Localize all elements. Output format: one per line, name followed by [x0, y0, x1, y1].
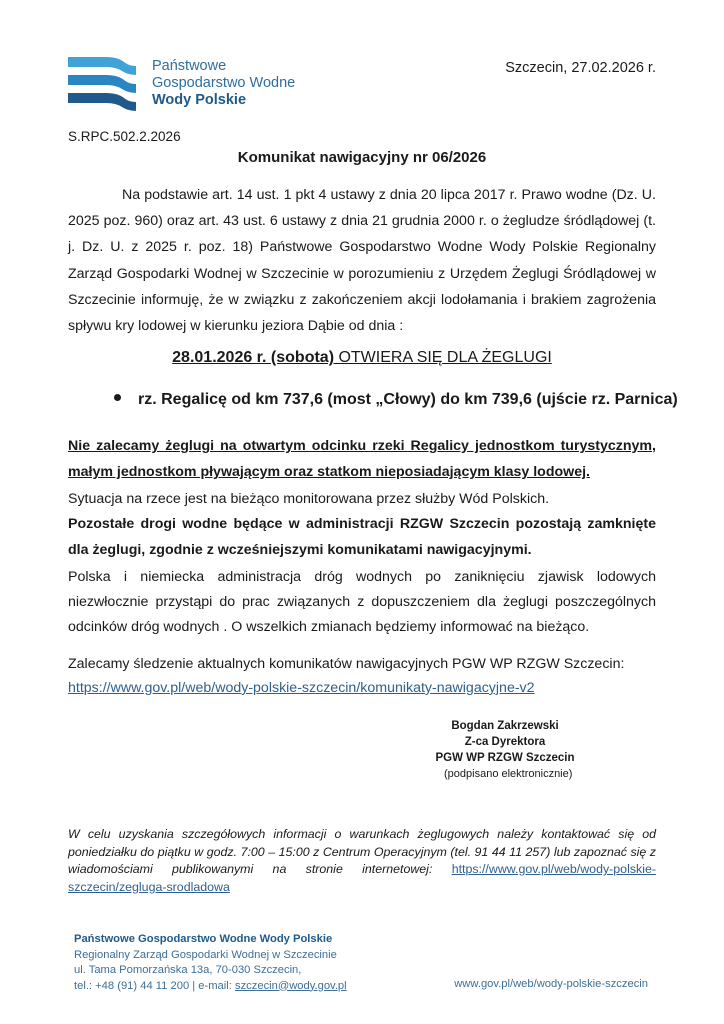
administration-notice: Polska i niemiecka administracja dróg wo… — [68, 565, 656, 640]
logo-text: Państwowe Gospodarstwo Wodne Wody Polski… — [152, 58, 295, 109]
electronic-signature-note: (podpisano elektronicznie) — [420, 766, 590, 782]
reference-number: S.RPC.502.2.2026 — [68, 129, 181, 144]
monitoring-note: Sytuacja na rzece jest na bieżąco monito… — [68, 487, 656, 511]
footer-address: Państwowe Gospodarstwo Wodne Wody Polski… — [74, 932, 347, 994]
document-title: Komunikat nawigacyjny nr 06/2026 — [0, 149, 724, 166]
wody-polskie-waves-icon — [66, 53, 138, 113]
footer-organization: Państwowe Gospodarstwo Wodne Wody Polski… — [74, 932, 347, 948]
contact-information-note: W celu uzyskania szczegółowych informacj… — [68, 826, 656, 896]
recommendation-text: Zalecamy śledzenie aktualnych komunikató… — [68, 652, 656, 676]
navigation-warning: Nie zalecamy żeglugi na otwartym odcinku… — [68, 433, 656, 485]
opened-section-item: rz. Regalicę od km 737,6 (most „Cłowy) d… — [114, 391, 678, 409]
logo-line-3: Wody Polskie — [152, 92, 295, 109]
place-and-date: Szczecin, 27.02.2026 r. — [505, 60, 656, 76]
signatory-organization: PGW WP RZGW Szczecin — [420, 750, 590, 766]
footer-website-link[interactable]: www.gov.pl/web/wody-polskie-szczecin — [454, 978, 648, 990]
signatory-name: Bogdan Zakrzewski — [420, 718, 590, 734]
legal-basis-paragraph: Na podstawie art. 14 ust. 1 pkt 4 ustawy… — [68, 182, 656, 339]
footer-contact: tel.: +48 (91) 44 11 200 | e-mail: szcze… — [74, 979, 347, 995]
footer-unit: Regionalny Zarząd Gospodarki Wodnej w Sz… — [74, 948, 347, 964]
closed-waterways-notice: Pozostałe drogi wodne będące w administr… — [68, 511, 656, 563]
logo-line-2: Gospodarstwo Wodne — [152, 75, 295, 92]
footer-street-address: ul. Tama Pomorzańska 13a, 70-030 Szczeci… — [74, 963, 347, 979]
signatory-position: Z-ca Dyrektora — [420, 734, 590, 750]
opening-announcement: 28.01.2026 r. (sobota) OTWIERA SIĘ DLA Ż… — [0, 349, 724, 367]
signature-block: Bogdan Zakrzewski Z-ca Dyrektora PGW WP … — [420, 718, 590, 782]
navigation-notices-link[interactable]: https://www.gov.pl/web/wody-polskie-szcz… — [68, 676, 656, 700]
footer-email-link[interactable]: szczecin@wody.gov.pl — [235, 980, 347, 992]
footer-phone: tel.: +48 (91) 44 11 200 | e-mail: — [74, 980, 235, 992]
opening-statement: OTWIERA SIĘ DLA ŻEGLUGI — [334, 349, 552, 366]
opening-date: 28.01.2026 r. (sobota) — [172, 349, 334, 366]
logo-line-1: Państwowe — [152, 58, 295, 75]
organization-logo: Państwowe Gospodarstwo Wodne Wody Polski… — [66, 52, 296, 114]
bullet-icon — [114, 394, 121, 401]
opened-section-text: rz. Regalicę od km 737,6 (most „Cłowy) d… — [138, 391, 678, 408]
